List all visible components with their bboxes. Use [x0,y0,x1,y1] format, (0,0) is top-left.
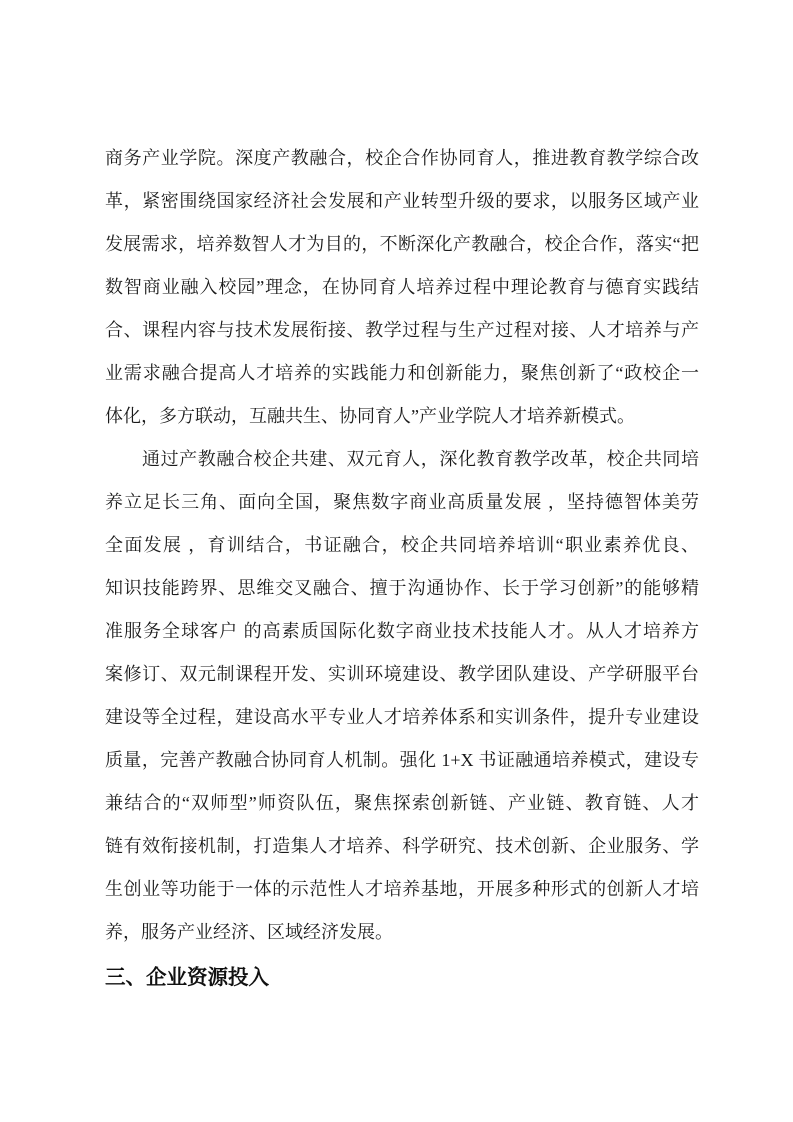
text-line: 业需求融合提高人才培养的实践能力和创新能力，聚焦创新了“政校企一 [105,352,699,395]
document-page: 商务产业学院。深度产教融合，校企合作协同育人，推进教育教学综合改革，紧密围绕国家… [0,0,793,1122]
text-line: 体化，多方联动，互融共生、协同育人”产业学院人才培养新模式。 [105,395,699,438]
text-line: 建设等全过程，建设高水平专业人才培养体系和实训条件，提升专业建设 [105,696,699,739]
text-line: 知识技能跨界、思维交叉融合、擅于沟通协作、长于学习创新”的能够精 [105,567,699,610]
section-heading: 三、企业资源投入 [105,956,699,1000]
text-line: 数智商业融入校园”理念，在协同育人培养过程中理论教育与德育实践结 [105,266,699,309]
text-line: 发展需求，培养数智人才为目的，不断深化产教融合，校企合作，落实“把 [105,223,699,266]
text-line: 案修订、双元制课程开发、实训环境建设、教学团队建设、产学研服平台 [105,653,699,696]
text-line: 准服务全球客户 的高素质国际化数字商业技术技能人才。从人才培养方 [105,610,699,653]
text-line: 革，紧密围绕国家经济社会发展和产业转型升级的要求，以服务区域产业 [105,180,699,223]
text-line: 全面发展 ，育训结合，书证融合，校企共同培养培训“职业素养优良、 [105,524,699,567]
paragraph-1: 商务产业学院。深度产教融合，校企合作协同育人，推进教育教学综合改革，紧密围绕国家… [105,137,699,438]
paragraphs-container: 商务产业学院。深度产教融合，校企合作协同育人，推进教育教学综合改革，紧密围绕国家… [105,137,699,954]
text-line: 养，服务产业经济、区域经济发展。 [105,911,699,954]
text-line: 质量，完善产教融合协同育人机制。强化 1+X 书证融通培养模式，建设专 [105,739,699,782]
text-line: 商务产业学院。深度产教融合，校企合作协同育人，推进教育教学综合改 [105,137,699,180]
text-line: 养立足长三角、面向全国，聚焦数字商业高质量发展 ，坚持德智体美劳 [105,481,699,524]
text-line: 合、课程内容与技术发展衔接、教学过程与生产过程对接、人才培养与产 [105,309,699,352]
text-line: 兼结合的“双师型”师资队伍，聚焦探索创新链、产业链、教育链、人才 [105,782,699,825]
text-line: 通过产教融合校企共建、双元育人，深化教育教学改革，校企共同培 [105,438,699,481]
text-line: 链有效衔接机制，打造集人才培养、科学研究、技术创新、企业服务、学 [105,825,699,868]
paragraph-2: 通过产教融合校企共建、双元育人，深化教育教学改革，校企共同培养立足长三角、面向全… [105,438,699,954]
text-line: 生创业等功能于一体的示范性人才培养基地，开展多种形式的创新人才培 [105,868,699,911]
document-content: 商务产业学院。深度产教融合，校企合作协同育人，推进教育教学综合改革，紧密围绕国家… [105,137,699,1000]
